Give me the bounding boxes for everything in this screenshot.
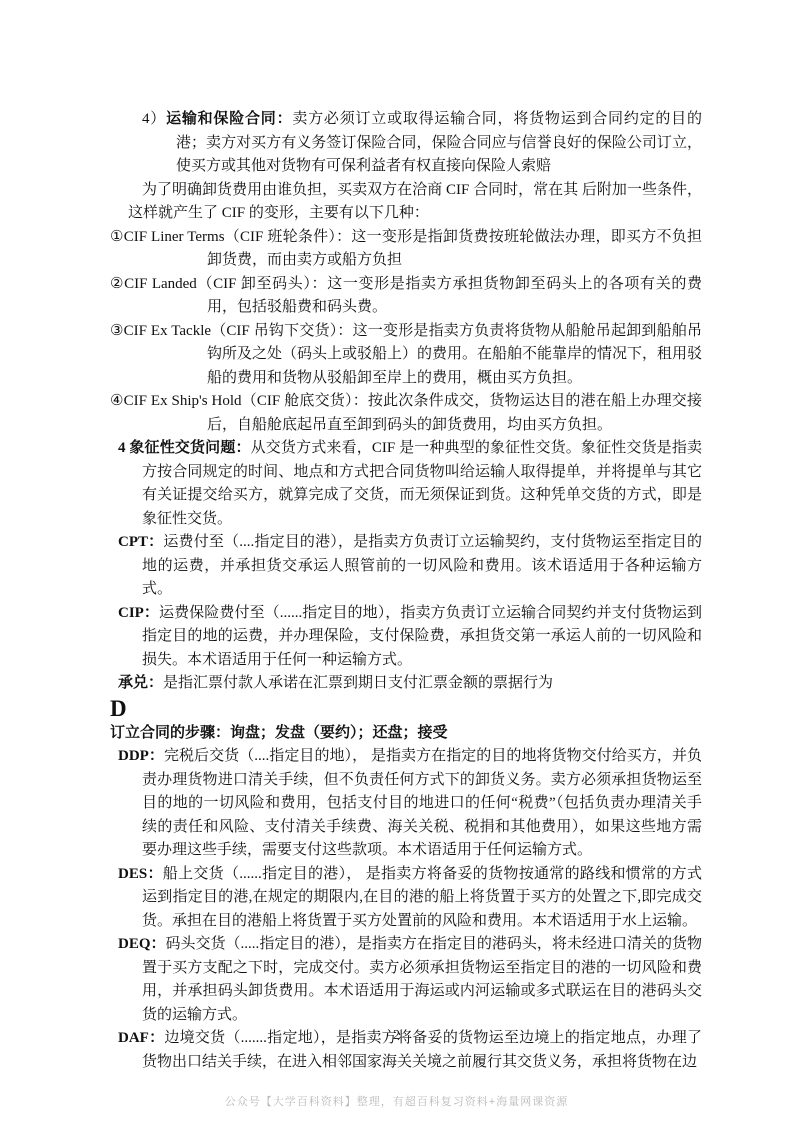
term-label: DDP： (118, 748, 164, 764)
intro-text: 为了明确卸货费用由谁负担，买卖双方在洽商 CIF 合同时，常在其 后附加一些条件… (128, 182, 702, 222)
variant-text: ④CIF Ex Ship's Hold（CIF 舱底交货）：按此次条件成交，货物… (110, 393, 702, 433)
variant-text: ①CIF Liner Terms（CIF 班轮条件）：这一变形是指卸货费按班轮做… (110, 229, 702, 269)
paragraph-term-ddp: DDP：完税后交货（....指定目的地）， 是指卖方在指定的目的地将货物交付给买… (110, 745, 702, 863)
paragraph-cif-variant-3: ③CIF Ex Tackle（CIF 吊钩下交货）：这一变形是指卖方负责将货物从… (110, 320, 702, 391)
paragraph-term-des: DES：船上交货（......指定目的港）， 是指卖方将备妥的货物按通常的路线和… (110, 863, 702, 934)
term-text: 是指汇票付款人承诺在汇票到期日支付汇票金额的票据行为 (163, 675, 553, 691)
term-label: 运输和保险合同： (166, 111, 292, 127)
paragraph-term-chengdui: 承兑：是指汇票付款人承诺在汇票到期日支付汇票金额的票据行为 (110, 672, 702, 696)
term-text: 码头交货（.....指定目的港），是指卖方在指定目的港码头，将未经进口清关的货物… (142, 936, 702, 1023)
document-page: 4）运输和保险合同：卖方必须订立或取得运输合同，将货物运到合同约定的目的港；卖方… (0, 0, 793, 1122)
page-number: 2 (0, 1028, 793, 1044)
footer-watermark: 公众号【大学百科资料】整理，有超百科复习资料+海量网课资源 (0, 1093, 793, 1109)
variant-text: ③CIF Ex Tackle（CIF 吊钩下交货）：这一变形是指卖方负责将货物从… (110, 323, 702, 386)
document-body: 4）运输和保险合同：卖方必须订立或取得运输合同，将货物运到合同约定的目的港；卖方… (110, 108, 702, 1074)
paragraph-symbolic-delivery: 4 象征性交货问题：从交货方式来看，CIF 是一种典型的象征性交货。象征性交货是… (110, 437, 702, 531)
paragraph-cif-variant-1: ①CIF Liner Terms（CIF 班轮条件）：这一变形是指卸货费按班轮做… (110, 226, 702, 273)
term-text: 船上交货（......指定目的港）， 是指卖方将备妥的货物按通常的路线和惯常的方… (142, 866, 702, 929)
paragraph-cif-variant-2: ②CIF Landed（CIF 卸至码头）：这一变形是指卖方承担货物卸至码头上的… (110, 273, 702, 320)
term-label: 承兑： (118, 675, 163, 691)
paragraph-cif-intro: 为了明确卸货费用由谁负担，买卖双方在洽商 CIF 合同时，常在其 后附加一些条件… (110, 179, 702, 226)
paragraph-term-cip: CIP：运费保险费付至（......指定目的地），指卖方负责订立运输合同契约并支… (110, 602, 702, 673)
paragraph-transport-insurance-contract: 4）运输和保险合同：卖方必须订立或取得运输合同，将货物运到合同约定的目的港；卖方… (110, 108, 702, 179)
term-label: DEQ： (118, 936, 166, 952)
term-text: 运费付至（....指定目的港），是指卖方负责订立运输契约，支付货物运至指定目的地… (142, 534, 702, 597)
term-label: 4 象征性交货问题： (118, 440, 251, 456)
paragraph-contract-steps: 订立合同的步骤：询盘；发盘（要约）；还盘；接受 (110, 722, 702, 746)
term-text: 完税后交货（....指定目的地）， 是指卖方在指定的目的地将货物交付给买方，并负… (142, 748, 702, 858)
term-text: 运费保险费付至（......指定目的地），指卖方负责订立运输合同契约并支付货物运… (142, 605, 702, 668)
paragraph-cif-variant-4: ④CIF Ex Ship's Hold（CIF 舱底交货）：按此次条件成交，货物… (110, 390, 702, 437)
paragraph-term-cpt: CPT：运费付至（....指定目的港），是指卖方负责订立运输契约，支付货物运至指… (110, 531, 702, 602)
paragraph-term-deq: DEQ：码头交货（.....指定目的港），是指卖方在指定目的港码头，将未经进口清… (110, 933, 702, 1027)
variant-text: ②CIF Landed（CIF 卸至码头）：这一变形是指卖方承担货物卸至码头上的… (110, 276, 702, 316)
section-heading-d: D (110, 696, 702, 722)
term-label: DES： (118, 866, 163, 882)
term-label: CIP： (118, 605, 159, 621)
term-label: CPT： (118, 534, 163, 550)
list-number: 4） (142, 111, 166, 127)
